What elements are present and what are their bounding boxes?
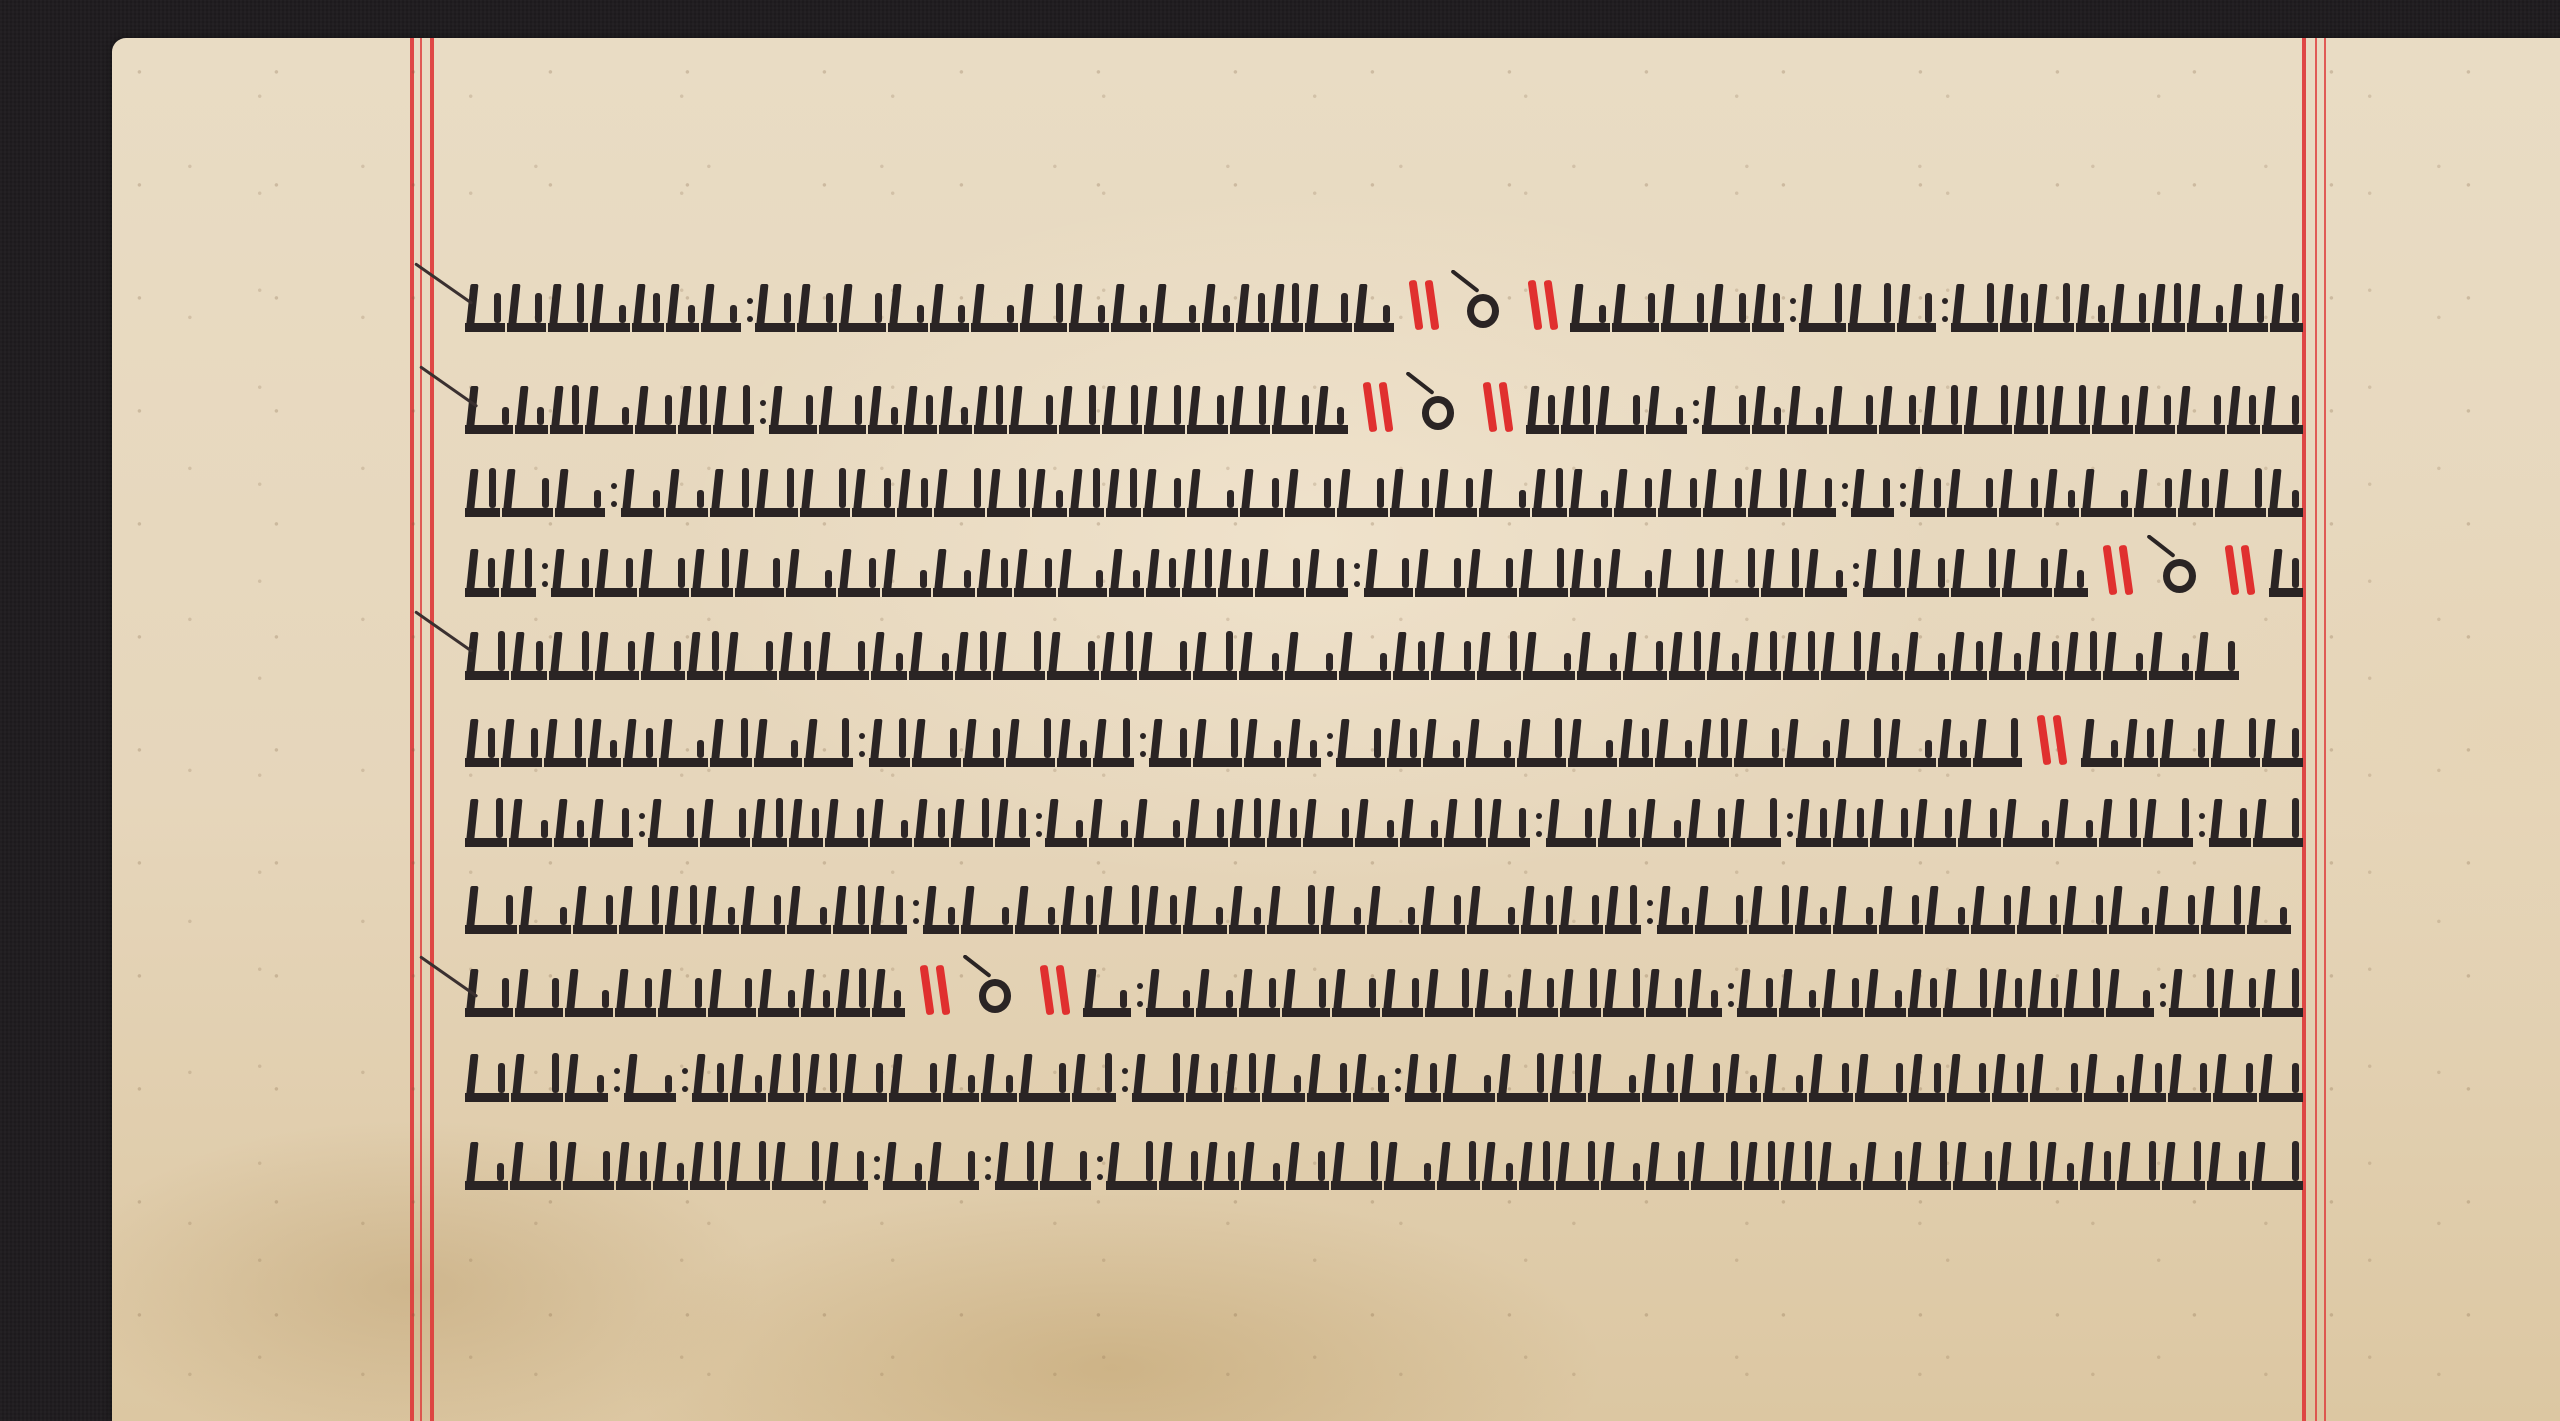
script-glyph: [621, 464, 664, 517]
script-glyph: [1321, 881, 1365, 934]
left-margin-rule-1: [410, 38, 414, 1421]
script-glyph: [515, 381, 548, 434]
right-margin-rule-3: [2324, 38, 2326, 1421]
double-danda-icon: [2226, 541, 2255, 597]
script-glyph: [1763, 1049, 1807, 1102]
script-glyph: [1187, 381, 1228, 434]
script-glyph: [1707, 627, 1743, 680]
script-glyph: [819, 381, 867, 434]
script-glyph: [1153, 279, 1200, 332]
script-glyph: [1149, 714, 1190, 767]
script-glyph: [1444, 794, 1486, 847]
script-glyph: [1390, 464, 1433, 517]
script-glyph: [1947, 464, 1998, 517]
script-glyph: [897, 464, 932, 517]
script-glyph: [1106, 1137, 1157, 1190]
script-glyph: [465, 881, 517, 934]
left-margin-rule-3: [430, 38, 434, 1421]
script-glyph: [2003, 794, 2053, 847]
script-glyph: [1421, 881, 1465, 934]
visarga-mark: [1643, 890, 1657, 934]
manuscript-line: [465, 955, 2305, 1017]
script-glyph: [639, 544, 689, 597]
script-glyph: [2027, 627, 2063, 680]
script-glyph: [725, 627, 777, 680]
script-glyph: [1795, 881, 1831, 934]
script-glyph: [2000, 279, 2033, 332]
script-glyph: [641, 627, 685, 680]
script-glyph: [1382, 964, 1423, 1017]
script-glyph: [758, 964, 799, 1017]
script-glyph: [2162, 1137, 2205, 1190]
script-glyph: [666, 279, 699, 332]
script-glyph: [904, 381, 937, 434]
script-glyph: [501, 544, 535, 597]
script-glyph: [1752, 279, 1785, 332]
manuscript-line: [465, 872, 2305, 934]
script-glyph: [1748, 464, 1791, 517]
script-glyph: [2169, 964, 2217, 1017]
visarga-mark: [678, 1058, 692, 1102]
script-glyph: [1230, 794, 1265, 847]
script-glyph: [635, 381, 676, 434]
script-glyph: [1779, 964, 1820, 1017]
script-glyph: [779, 627, 815, 680]
script-glyph: [2050, 381, 2091, 434]
script-glyph: [1187, 464, 1238, 517]
script-glyph: [1596, 381, 1644, 434]
script-glyph: [1614, 464, 1657, 517]
script-glyph: [755, 279, 795, 332]
script-glyph: [1702, 381, 1750, 434]
script-glyph: [1387, 714, 1421, 767]
script-glyph: [1863, 544, 1905, 597]
script-glyph: [2117, 1137, 2160, 1190]
script-glyph: [1951, 279, 1998, 332]
script-glyph: [1202, 279, 1235, 332]
script-glyph: [1865, 964, 1906, 1017]
right-margin-rule-2: [2315, 38, 2317, 1421]
script-glyph: [1658, 544, 1708, 597]
script-glyph: [1943, 964, 1991, 1017]
script-glyph: [502, 464, 553, 517]
script-glyph: [551, 544, 593, 597]
script-glyph: [1443, 1049, 1495, 1102]
script-glyph: [1992, 1049, 2028, 1102]
script-glyph: [2034, 279, 2074, 332]
script-glyph: [2195, 627, 2239, 680]
script-glyph: [619, 881, 663, 934]
script-glyph: [1745, 627, 1781, 680]
script-glyph: [1057, 714, 1091, 767]
script-glyph: [872, 964, 905, 1017]
script-glyph: [843, 1049, 887, 1102]
script-glyph: [1818, 1137, 1861, 1190]
script-glyph: [1069, 464, 1104, 517]
script-glyph: [2130, 1049, 2166, 1102]
script-glyph: [2081, 714, 2122, 767]
script-glyph: [565, 964, 613, 1017]
script-glyph: [2103, 627, 2147, 680]
script-glyph: [1061, 881, 1097, 934]
script-glyph: [465, 1137, 508, 1190]
script-glyph: [519, 881, 571, 934]
script-glyph: [1688, 964, 1721, 1017]
visarga-mark: [1133, 973, 1146, 1017]
script-glyph: [2229, 279, 2269, 332]
script-glyph: [1015, 881, 1059, 934]
script-glyph: [666, 464, 709, 517]
script-glyph: [1479, 464, 1530, 517]
double-danda-icon: [921, 961, 949, 1017]
script-glyph: [2028, 964, 2061, 1017]
script-glyph: [700, 794, 750, 847]
script-glyph: [2092, 381, 2133, 434]
script-glyph: [836, 964, 869, 1017]
script-glyph: [2017, 881, 2061, 934]
script-glyph: [1047, 627, 1099, 680]
script-glyph: [2160, 714, 2209, 767]
script-glyph: [1612, 279, 1659, 332]
double-danda-icon: [1484, 378, 1512, 434]
script-glyph: [768, 1049, 804, 1102]
script-glyph: [1951, 544, 2001, 597]
visarga-mark: [1323, 723, 1336, 767]
visarga-mark: [1838, 473, 1852, 517]
script-glyph: [691, 544, 733, 597]
script-glyph: [710, 714, 751, 767]
script-glyph: [1336, 714, 1385, 767]
script-glyph: [1145, 881, 1181, 934]
script-glyph: [852, 464, 895, 517]
manuscript-line: [465, 1128, 2305, 1190]
script-glyph: [786, 544, 836, 597]
script-glyph: [1646, 1137, 1689, 1190]
script-glyph: [623, 714, 657, 767]
script-glyph: [1306, 544, 1348, 597]
script-glyph: [870, 794, 912, 847]
script-glyph: [1193, 714, 1242, 767]
script-glyph: [1229, 881, 1265, 934]
script-glyph: [1239, 627, 1283, 680]
script-glyph: [703, 881, 739, 934]
script-glyph: [2055, 794, 2097, 847]
double-danda-icon: [2104, 541, 2133, 597]
script-glyph: [1009, 381, 1057, 434]
script-glyph: [565, 1049, 609, 1102]
script-glyph: [1182, 544, 1216, 597]
script-glyph: [1821, 627, 1865, 680]
script-glyph: [595, 627, 639, 680]
script-glyph: [659, 714, 708, 767]
script-glyph: [563, 1137, 614, 1190]
script-glyph: [2270, 279, 2303, 332]
script-glyph: [1262, 1049, 1306, 1102]
script-glyph: [2227, 381, 2260, 434]
script-glyph: [1855, 1049, 1907, 1102]
script-glyph: [1953, 1137, 1996, 1190]
script-glyph: [595, 544, 637, 597]
script-glyph: [1870, 794, 1912, 847]
script-glyph: [2030, 1049, 2082, 1102]
script-glyph: [590, 279, 630, 332]
script-glyph: [833, 881, 869, 934]
script-glyph: [914, 794, 949, 847]
script-glyph: [2143, 794, 2193, 847]
script-glyph: [871, 627, 907, 680]
script-glyph: [2262, 381, 2303, 434]
script-glyph: [2215, 464, 2266, 517]
visarga-mark: [1896, 473, 1910, 517]
script-glyph: [465, 381, 513, 434]
script-glyph: [465, 627, 509, 680]
script-glyph: [1971, 881, 2015, 934]
script-glyph: [755, 464, 798, 517]
script-glyph: [889, 1049, 941, 1102]
script-glyph: [1833, 881, 1877, 934]
script-glyph: [1907, 544, 1949, 597]
script-glyph: [465, 544, 499, 597]
script-glyph: [1332, 964, 1380, 1017]
script-glyph: [1518, 964, 1559, 1017]
script-glyph: [1102, 381, 1143, 434]
script-glyph: [1601, 1137, 1644, 1190]
script-glyph: [1526, 381, 1559, 434]
manuscript-line: [465, 705, 2305, 767]
script-glyph: [1282, 964, 1330, 1017]
script-glyph: [1749, 881, 1793, 934]
script-glyph: [2080, 1137, 2115, 1190]
script-glyph: [1569, 464, 1612, 517]
script-glyph: [501, 714, 542, 767]
script-glyph: [1561, 381, 1594, 434]
script-glyph: [735, 544, 785, 597]
script-glyph: [1879, 881, 1923, 934]
script-glyph: [1829, 381, 1877, 434]
script-glyph: [465, 279, 505, 332]
script-glyph: [1731, 794, 1781, 847]
visarga-mark: [1724, 973, 1737, 1017]
script-glyph: [727, 1137, 770, 1190]
script-glyph: [2252, 1137, 2303, 1190]
script-glyph: [1710, 544, 1760, 597]
visarga-mark: [1032, 803, 1045, 847]
script-glyph: [2209, 794, 2251, 847]
script-glyph: [658, 964, 706, 1017]
script-glyph: [797, 279, 837, 332]
script-glyph: [981, 1049, 1017, 1102]
script-glyph: [971, 279, 1018, 332]
visarga-mark: [1391, 1058, 1405, 1102]
script-glyph: [1415, 544, 1465, 597]
visarga-mark: [607, 473, 621, 517]
script-glyph: [465, 464, 500, 517]
visarga-mark: [1783, 803, 1796, 847]
script-glyph: [995, 1137, 1038, 1190]
script-glyph: [1989, 627, 2025, 680]
script-glyph: [804, 714, 853, 767]
script-glyph: [1423, 714, 1464, 767]
script-glyph: [544, 714, 585, 767]
script-glyph: [1384, 1137, 1435, 1190]
script-glyph: [1922, 381, 1963, 434]
script-glyph: [708, 964, 756, 1017]
script-glyph: [1658, 464, 1701, 517]
script-glyph: [1093, 714, 1134, 767]
visarga-mark: [1350, 553, 1363, 597]
script-glyph: [1887, 714, 1936, 767]
script-glyph: [573, 881, 617, 934]
script-glyph: [1106, 464, 1141, 517]
script-glyph: [1914, 794, 1956, 847]
script-glyph: [1437, 1137, 1480, 1190]
script-glyph: [1559, 881, 1603, 934]
script-glyph: [871, 881, 907, 934]
script-glyph: [1241, 1137, 1284, 1190]
script-glyph: [806, 1049, 842, 1102]
script-glyph: [1607, 544, 1657, 597]
script-glyph: [1822, 964, 1863, 1017]
script-glyph: [1224, 1049, 1260, 1102]
script-glyph: [1998, 1137, 2041, 1190]
script-glyph: [2262, 714, 2303, 767]
script-glyph: [1497, 1049, 1549, 1102]
script-glyph: [934, 464, 985, 517]
script-glyph: [1236, 279, 1269, 332]
script-glyph: [1910, 464, 1945, 517]
script-glyph: [1431, 627, 1475, 680]
script-glyph: [548, 279, 588, 332]
script-glyph: [1364, 544, 1414, 597]
script-glyph: [1951, 627, 1987, 680]
script-glyph: [1999, 464, 2042, 517]
script-glyph: [1523, 627, 1575, 680]
script-glyph: [1908, 1137, 1951, 1190]
script-glyph: [1267, 881, 1319, 934]
script-glyph: [2155, 881, 2199, 934]
script-glyph: [1642, 1049, 1678, 1102]
script-glyph: [888, 279, 928, 332]
script-glyph: [1646, 381, 1687, 434]
script-glyph: [1836, 714, 1885, 767]
visarga-mark: [909, 890, 923, 934]
script-glyph: [1230, 381, 1271, 434]
script-glyph: [1848, 279, 1895, 332]
script-glyph: [2124, 714, 2158, 767]
script-glyph: [883, 1137, 926, 1190]
script-glyph: [1761, 544, 1803, 597]
script-glyph: [1354, 279, 1394, 332]
script-glyph: [1799, 279, 1846, 332]
script-glyph: [2187, 279, 2227, 332]
script-glyph: [1239, 964, 1280, 1017]
script-glyph: [1744, 1137, 1779, 1190]
script-glyph: [692, 1049, 728, 1102]
visarga-mark: [1136, 723, 1149, 767]
script-glyph: [1568, 714, 1617, 767]
script-glyph: [1752, 381, 1785, 434]
script-glyph: [1045, 794, 1087, 847]
double-danda-icon: [2038, 711, 2066, 767]
manuscript-line: [465, 535, 2305, 597]
script-glyph: [555, 464, 606, 517]
script-glyph: [1400, 794, 1442, 847]
script-glyph: [1089, 794, 1131, 847]
script-glyph: [590, 794, 632, 847]
script-glyph: [2076, 279, 2109, 332]
double-danda-icon: [1041, 961, 1069, 1017]
script-glyph: [2099, 794, 2141, 847]
script-glyph: [1517, 714, 1566, 767]
script-glyph: [1146, 964, 1194, 1017]
script-glyph: [1099, 881, 1143, 934]
script-glyph: [2201, 881, 2245, 934]
script-glyph: [730, 1049, 766, 1102]
script-glyph: [678, 381, 711, 434]
script-glyph: [2081, 464, 2132, 517]
script-glyph: [690, 1137, 725, 1190]
script-glyph: [465, 1049, 509, 1102]
script-glyph: [951, 794, 993, 847]
script-glyph: [515, 964, 563, 1017]
script-glyph: [1680, 1049, 1724, 1102]
script-glyph: [1271, 279, 1304, 332]
script-glyph: [1303, 794, 1353, 847]
script-glyph: [1132, 1049, 1184, 1102]
script-glyph: [1734, 714, 1783, 767]
visarga-mark: [2195, 803, 2208, 847]
script-glyph: [510, 1137, 561, 1190]
visarga-mark: [610, 1058, 624, 1102]
script-glyph: [1143, 464, 1186, 517]
script-glyph: [1331, 1137, 1382, 1190]
script-glyph: [817, 627, 869, 680]
script-glyph: [554, 794, 589, 847]
script-glyph: [1186, 1049, 1222, 1102]
script-glyph: [909, 627, 953, 680]
script-glyph: [1405, 1049, 1441, 1102]
script-glyph: [1655, 714, 1696, 767]
script-glyph: [1603, 964, 1644, 1017]
script-glyph: [1287, 714, 1321, 767]
script-glyph: [1111, 279, 1151, 332]
script-glyph: [665, 881, 701, 934]
script-glyph: [1947, 1049, 1991, 1102]
script-glyph: [772, 1137, 823, 1190]
script-glyph: [1691, 1137, 1742, 1190]
script-glyph: [1134, 794, 1184, 847]
script-glyph: [1737, 964, 1778, 1017]
script-glyph: [1285, 627, 1337, 680]
script-glyph: [1019, 1049, 1071, 1102]
script-glyph: [1353, 1049, 1389, 1102]
script-glyph: [1605, 881, 1641, 934]
script-glyph: [465, 714, 499, 767]
script-glyph: [1695, 881, 1747, 934]
script-glyph: [1909, 1049, 1945, 1102]
script-glyph: [1958, 794, 2000, 847]
script-glyph: [993, 627, 1045, 680]
script-glyph: [955, 627, 991, 680]
visarga-mark: [1532, 803, 1545, 847]
script-glyph: [1058, 544, 1108, 597]
script-glyph: [2111, 279, 2151, 332]
script-glyph: [2109, 881, 2153, 934]
script-glyph: [585, 381, 633, 434]
script-glyph: [1367, 881, 1419, 934]
script-glyph: [2253, 794, 2303, 847]
script-glyph: [2063, 881, 2107, 934]
